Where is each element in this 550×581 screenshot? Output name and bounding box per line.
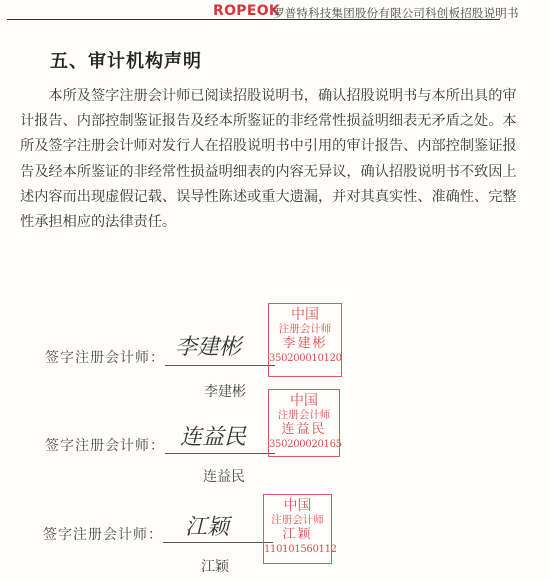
stamp-number: 350200020165: [269, 438, 339, 452]
signatory-label: 签字注册会计师：: [45, 435, 165, 455]
signatory-label: 签字注册会计师：: [45, 347, 165, 367]
declaration-paragraph: 本所及签字注册会计师已阅读招股说明书，确认招股说明书与本所出具的审 计报告、内部…: [20, 84, 540, 235]
signatory-name: 江颖: [201, 556, 229, 576]
page-header: ROPEOK 罗普特科技集团股份有限公司科创板招股说明书: [0, 0, 550, 22]
header-rule: [7, 19, 500, 20]
cpa-seal-stamp: 中国 注册会计师 连益民 350200020165: [268, 389, 340, 457]
signature-line: [163, 542, 273, 543]
paragraph-line: 性承担相应的法律责任。: [20, 210, 540, 235]
stamp-title: 注册会计师: [269, 323, 341, 336]
paragraph-line: 告及经本所鉴证的非经常性损益明细表的内容无异议，确认招股说明书不致因上: [20, 160, 540, 185]
stamp-title: 注册会计师: [269, 409, 339, 422]
stamp-name: 江颖: [264, 527, 331, 543]
paragraph-line: 所及签字注册会计师对发行人在招股说明书中引用的审计报告、内部控制鉴证报: [20, 134, 540, 159]
signatory-label: 签字注册会计师：: [43, 524, 163, 544]
paragraph-line: 计报告、内部控制鉴证报告及经本所鉴证的非经常性损益明细表无矛盾之处。本: [20, 109, 540, 134]
handwritten-signature: 连益民: [180, 420, 246, 451]
handwritten-signature: 李建彬: [175, 330, 241, 361]
cpa-seal-stamp: 中国 注册会计师 江颖 110101560112: [263, 494, 332, 564]
stamp-name: 连益民: [269, 422, 339, 438]
handwritten-signature: 江颖: [185, 510, 229, 541]
paragraph-line: 本所及签字注册会计师已阅读招股说明书，确认招股说明书与本所出具的审: [20, 84, 540, 109]
stamp-number: 110101560112: [264, 543, 331, 557]
stamp-name: 李建彬: [269, 336, 341, 352]
signature-line: [165, 365, 275, 366]
signature-line: [165, 453, 275, 454]
stamp-number: 350200010120: [269, 352, 341, 366]
section-title: 五、审计机构声明: [50, 47, 202, 73]
stamp-title: 注册会计师: [264, 514, 331, 527]
stamp-country: 中国: [264, 498, 331, 514]
signatory-name: 李建彬: [204, 381, 246, 401]
signatory-name: 连益民: [203, 466, 245, 486]
stamp-country: 中国: [269, 393, 339, 409]
brand-logo: ROPEOK: [213, 3, 280, 19]
stamp-country: 中国: [269, 307, 341, 323]
paragraph-line: 述内容而出现虚假记载、误导性陈述或重大遗漏，并对其真实性、准确性、完整: [20, 185, 540, 210]
cpa-seal-stamp: 中国 注册会计师 李建彬 350200010120: [268, 303, 342, 377]
